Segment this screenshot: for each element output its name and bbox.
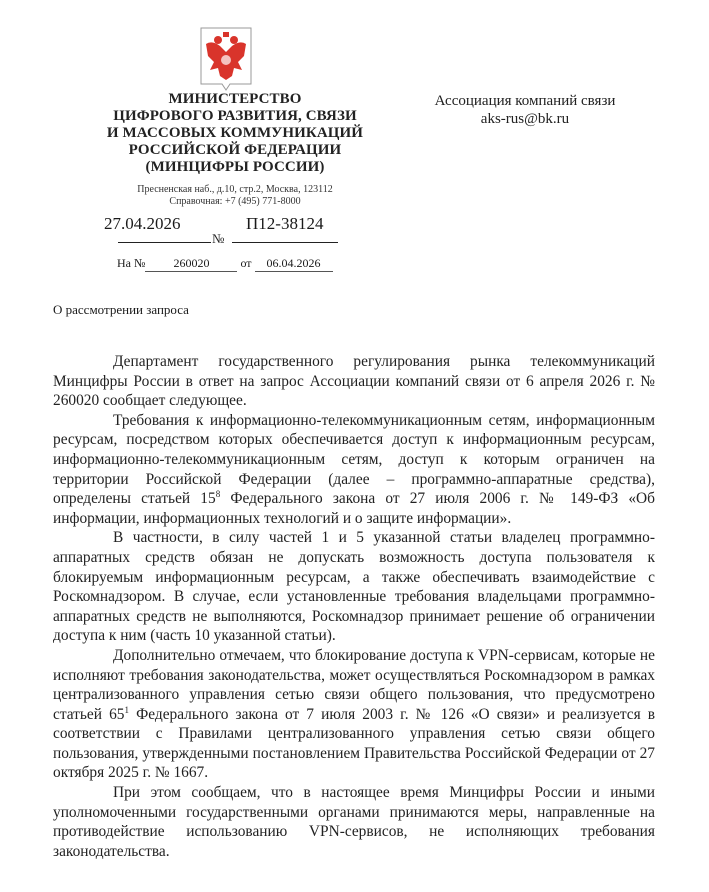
ministry-line: ЦИФРОВОГО РАЗВИТИЯ, СВЯЗИ <box>100 108 370 125</box>
ref-from: от <box>240 256 251 270</box>
ref-prefix: На № <box>117 256 145 270</box>
ministry-address: Пресненская наб., д.10, стр.2, Москва, 1… <box>100 184 370 196</box>
coat-of-arms-icon <box>198 26 254 94</box>
recipient-block: Ассоциация компаний связи aks-rus@bk.ru <box>400 92 650 128</box>
letter-body: Департамент государственного регулирован… <box>53 352 655 861</box>
letter-number: П12-38124 <box>246 214 323 234</box>
number-underline <box>232 242 338 243</box>
ministry-line: РОССИЙСКОЙ ФЕДЕРАЦИИ <box>100 142 370 159</box>
number-sign: № <box>212 231 224 247</box>
recipient-email: aks-rus@bk.ru <box>400 110 650 128</box>
ref-number: 260020 <box>145 256 237 272</box>
letter-date: 27.04.2026 <box>104 214 181 234</box>
paragraph: Требования к информационно-телекоммуника… <box>53 411 655 529</box>
paragraph: Дополнительно отмечаем, что блокирование… <box>53 646 655 783</box>
paragraph: Департамент государственного регулирован… <box>53 352 655 411</box>
ministry-line: И МАССОВЫХ КОММУНИКАЦИЙ <box>100 125 370 142</box>
ministry-name: МИНИСТЕРСТВО ЦИФРОВОГО РАЗВИТИЯ, СВЯЗИ И… <box>100 91 370 176</box>
ministry-line: (МИНЦИФРЫ РОССИИ) <box>100 159 370 176</box>
ministry-line: МИНИСТЕРСТВО <box>100 91 370 108</box>
reference-line: На №260020 от 06.04.2026 <box>117 256 333 272</box>
date-underline <box>118 242 211 243</box>
ministry-phone: Справочная: +7 (495) 771-8000 <box>100 196 370 208</box>
recipient-name: Ассоциация компаний связи <box>400 92 650 110</box>
paragraph-text: Федерального закона от 7 июля 2003 г. № … <box>53 706 655 782</box>
coat-of-arms-emblem <box>198 26 254 94</box>
paragraph: В частности, в силу частей 1 и 5 указанн… <box>53 528 655 646</box>
paragraph: При этом сообщаем, что в настоящее время… <box>53 783 655 861</box>
letter-subject: О рассмотрении запроса <box>53 302 189 318</box>
ministry-address-block: Пресненская наб., д.10, стр.2, Москва, 1… <box>100 184 370 208</box>
ref-date: 06.04.2026 <box>255 256 333 272</box>
